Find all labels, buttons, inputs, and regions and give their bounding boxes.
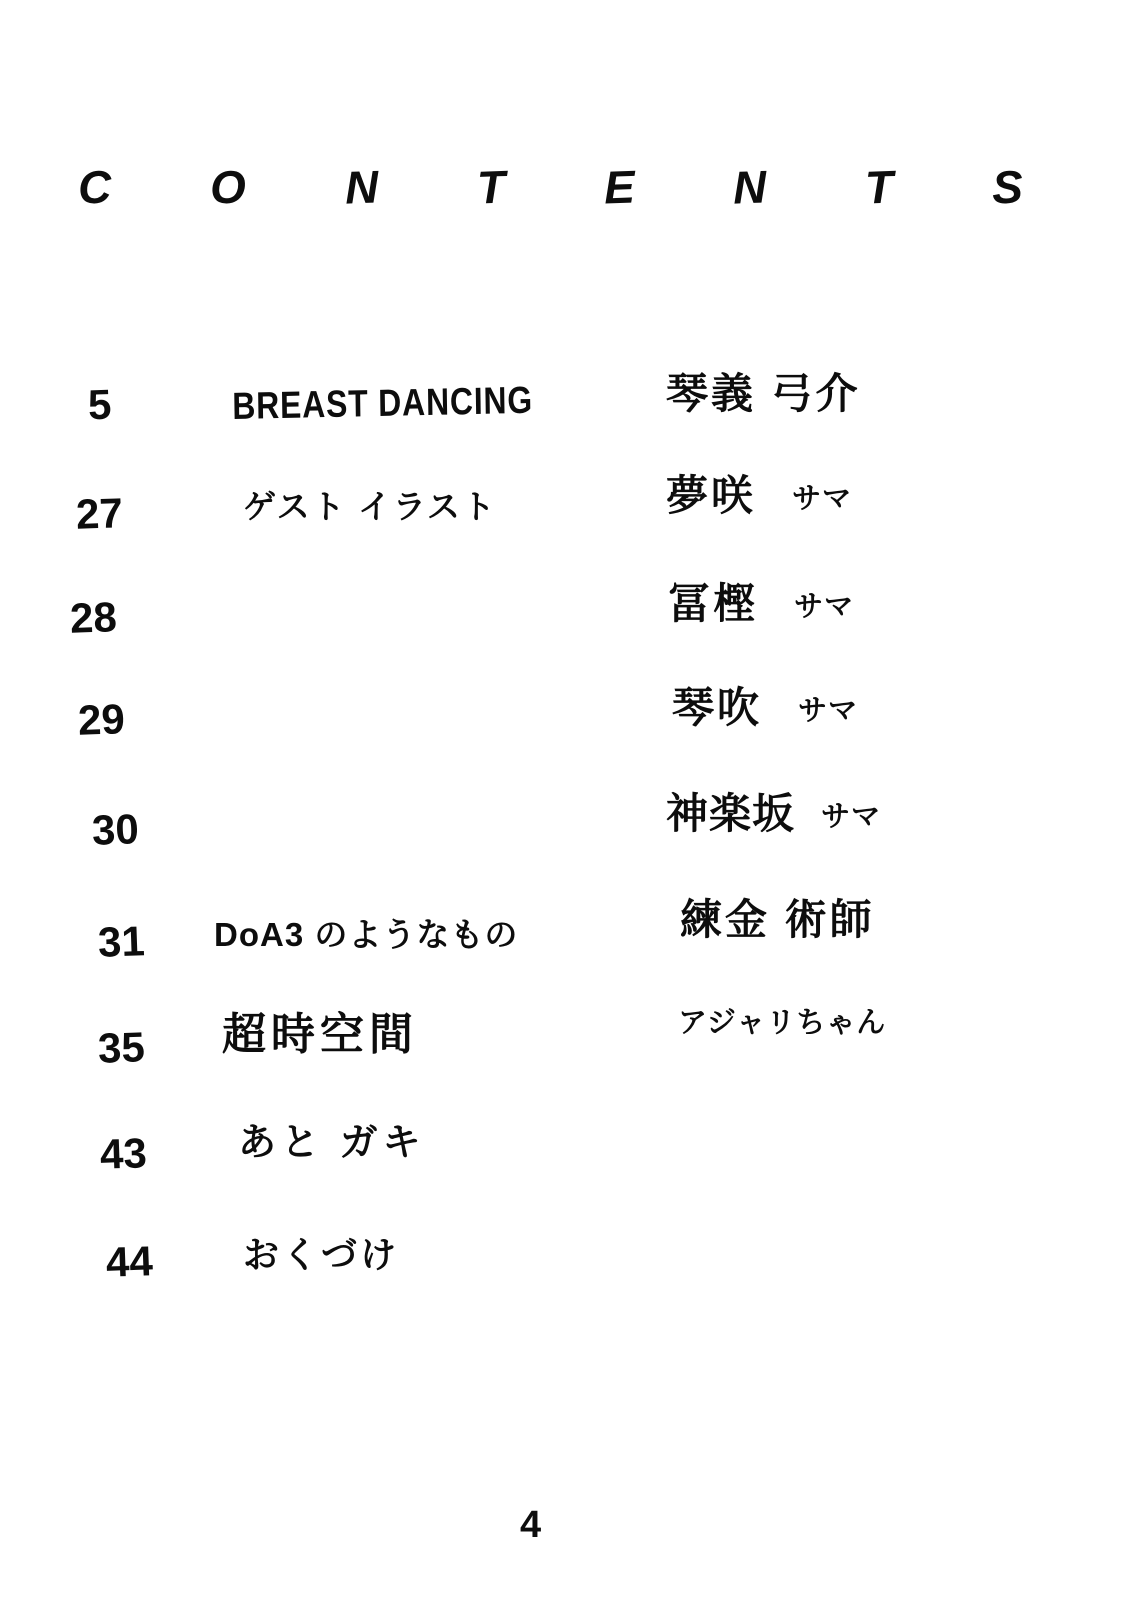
- entry-credit: 琴義 弓介: [666, 372, 897, 416]
- entry-title: おくづけ: [243, 1236, 399, 1274]
- entry-page-number: 5: [87, 383, 112, 428]
- title-letter: N: [732, 159, 767, 214]
- entry-title: あと ガキ: [238, 1124, 426, 1164]
- credit-name: 琴吹: [672, 684, 762, 731]
- credit-name: 夢咲: [666, 472, 756, 519]
- entry-title: ゲスト イラスト: [243, 490, 497, 525]
- entry-credit: 冨樫サマ: [668, 582, 854, 626]
- entry-credit: 夢咲サマ: [666, 474, 852, 518]
- credit-honorific: サマ: [794, 592, 854, 622]
- title-letter: T: [864, 160, 894, 215]
- entry-page-number: 29: [77, 697, 125, 743]
- entry-credit: 神楽坂サマ: [666, 792, 881, 836]
- credit-name: 練金 術師: [680, 896, 875, 943]
- credit-honorific: サマ: [792, 484, 852, 514]
- entry-page-number: 31: [97, 919, 145, 965]
- title-letter: N: [344, 159, 379, 214]
- entry-page-number: 44: [105, 1239, 153, 1285]
- toc-scan-page: C O N T E N T S 5 27 28 29 30 31 35 43 4…: [0, 0, 1135, 1600]
- credit-honorific: サマ: [798, 696, 858, 726]
- title-letter: T: [476, 160, 506, 215]
- entry-page-number: 35: [97, 1025, 145, 1071]
- title-letter: O: [209, 159, 247, 214]
- entry-page-number: 28: [69, 595, 117, 641]
- credit-name: 冨樫: [668, 580, 758, 627]
- entry-title: DoA3 のようなもの: [214, 918, 518, 953]
- entry-credit: 練金 術師: [680, 898, 911, 942]
- title-letter: S: [991, 159, 1024, 214]
- credit-name: アジャリちゃん: [678, 1007, 886, 1039]
- footer-page-number: 4: [520, 1506, 541, 1546]
- entry-credit: 琴吹サマ: [672, 686, 858, 730]
- title-letter: C: [77, 159, 112, 214]
- entry-credit: アジャリちゃん: [678, 1008, 922, 1038]
- entry-title: BREAST DANCING: [232, 382, 533, 428]
- entry-title: 超時空間: [222, 1012, 418, 1058]
- credit-name: 神楽坂: [666, 790, 795, 837]
- title-letter: E: [603, 159, 636, 214]
- credit-name: 琴義 弓介: [666, 370, 861, 417]
- credit-honorific: サマ: [821, 802, 881, 832]
- page-title: C O N T E N T S: [78, 160, 1023, 214]
- entry-page-number: 27: [75, 491, 123, 537]
- entry-page-number: 43: [99, 1131, 147, 1177]
- entry-page-number: 30: [91, 807, 139, 853]
